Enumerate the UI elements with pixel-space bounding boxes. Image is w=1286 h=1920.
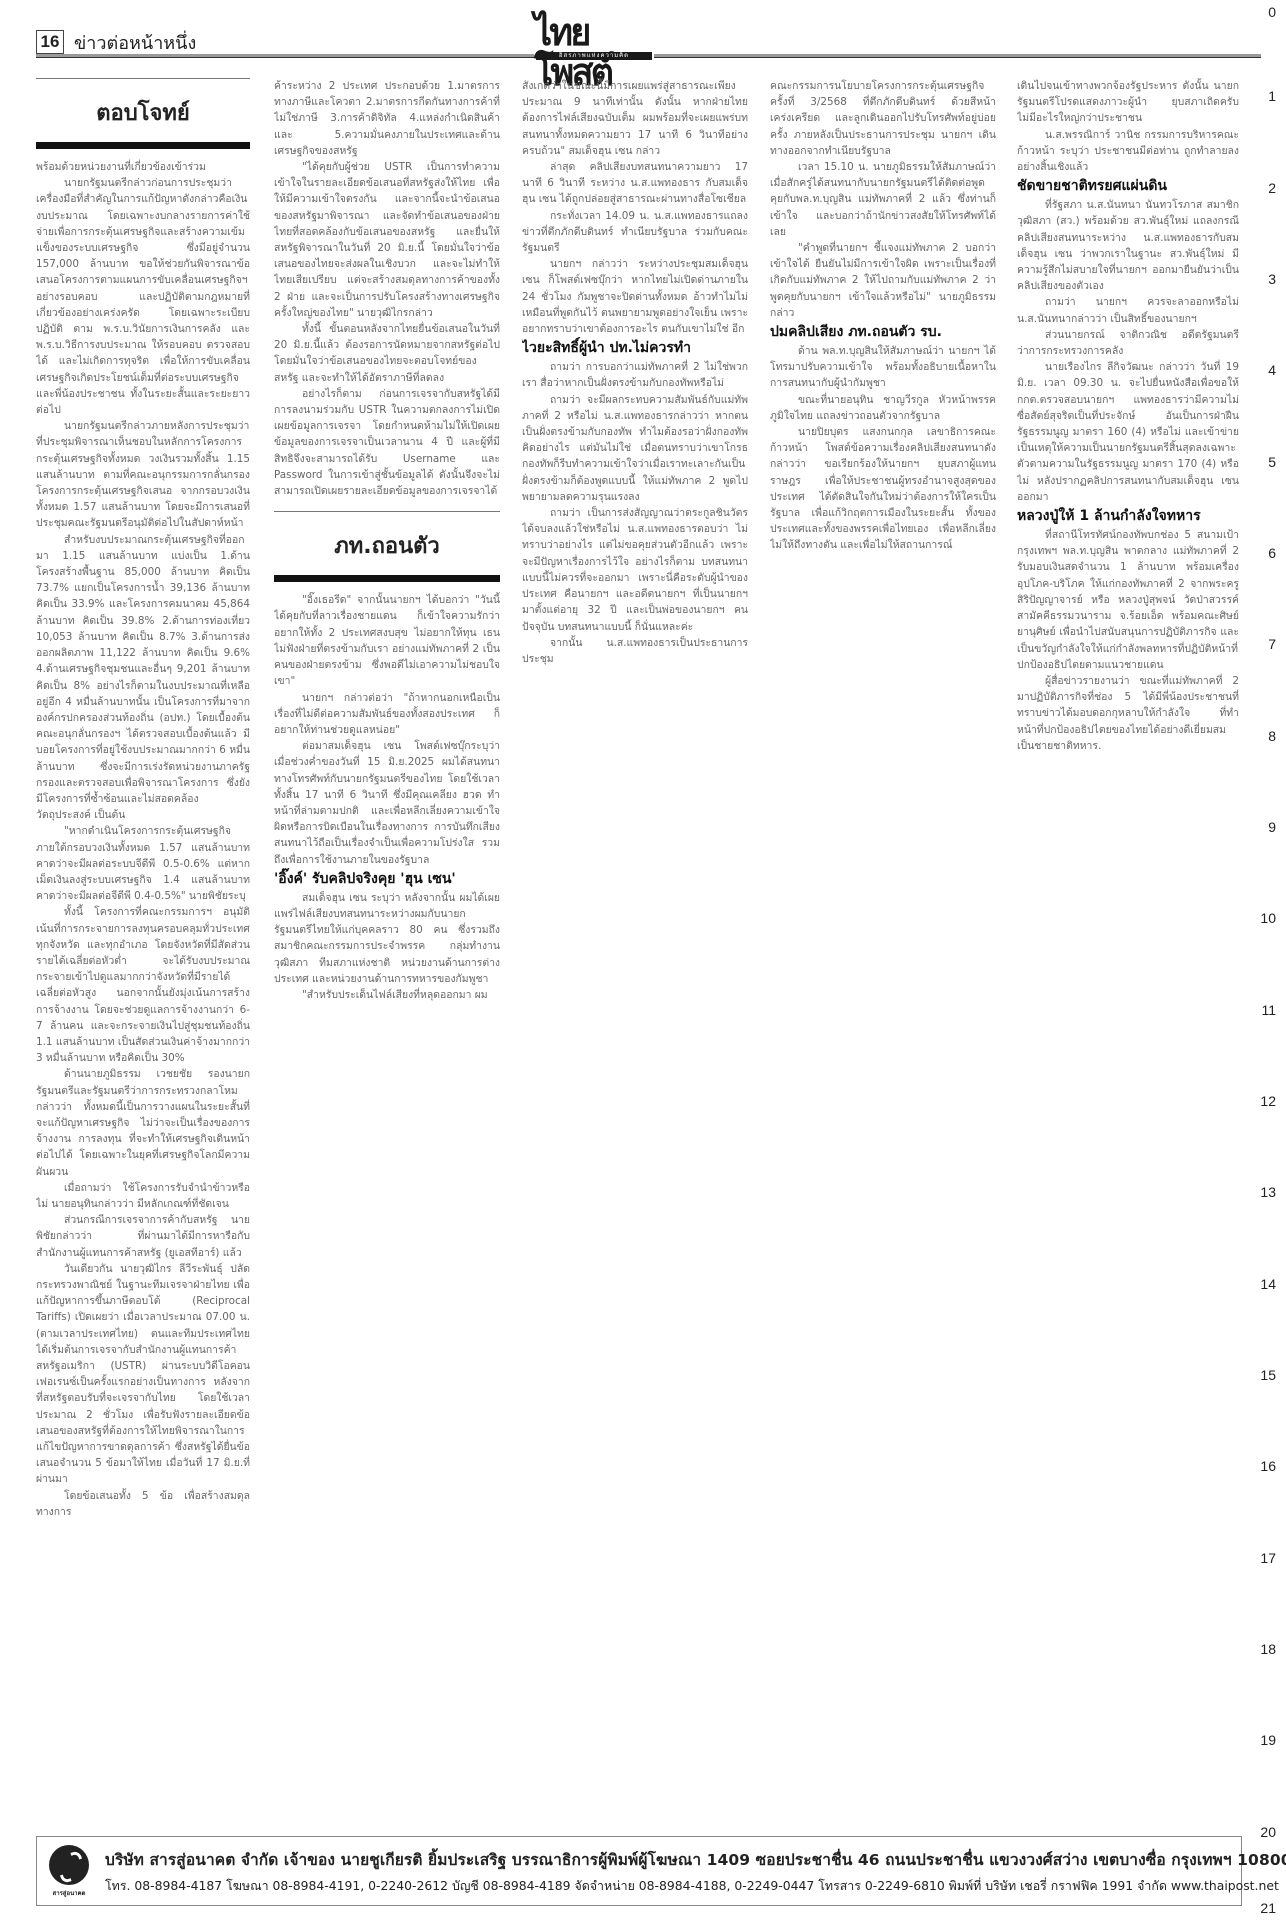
- paragraph: พร้อมด้วยหน่วยงานที่เกี่ยวข้องเข้าร่วม: [36, 159, 250, 175]
- paragraph: เมื่อถามว่า ใช้โครงการรับจำนำข้าวหรือไม่…: [36, 1180, 250, 1212]
- paragraph: ส่วนนายกรณ์ จาติกวณิช อดีตรัฐมนตรีว่าการ…: [1017, 327, 1239, 359]
- heading-bar: [274, 575, 500, 582]
- paragraph: เวลา 15.10 น. นายภูมิธรรมให้สัมภาษณ์ว่า …: [770, 159, 996, 240]
- paragraph: ล่าสุด คลิปเสียงบทสนทนาความยาว 17 นาที 6…: [522, 159, 748, 208]
- paragraph: เดินไปจนเข้าทางพวกจ้องรัฐประหาร ดังนั้น …: [1017, 78, 1239, 127]
- masthead-logo: ไทยโพสต์ อิสรภาพแห่งความคิด: [534, 12, 654, 60]
- paragraph: จากนั้น น.ส.แพทองธารเป็นประธานการประชุม: [522, 635, 748, 667]
- ruler-mark: 16: [1260, 1458, 1276, 1474]
- ruler-mark: 9: [1268, 819, 1276, 835]
- paragraph: ทั้งนี้ โครงการที่คณะกรรมการฯ อนุมัติเน้…: [36, 904, 250, 1066]
- publisher-logo-icon: [49, 1845, 89, 1885]
- paragraph: ขณะที่นายอนุทิน ชาญวีรกูล หัวหน้าพรรคภูม…: [770, 392, 996, 424]
- paragraph: โดยข้อเสนอทั้ง 5 ข้อ เพื่อสร้างสมดุลทางก…: [36, 1488, 250, 1520]
- publisher-imprint: สารสู่อนาคต บริษัท สารสู่อนาคต จำกัด เจ้…: [36, 1836, 1242, 1906]
- section-name: ข่าวต่อหน้าหนึ่ง: [74, 28, 196, 57]
- article-column-1: ตอบโจทย์ พร้อมด้วยหน่วยงานที่เกี่ยวข้องเ…: [36, 78, 250, 1813]
- paragraph: ด้าน พล.ท.บุญสินให้สัมภาษณ์ว่า นายกฯ ได้…: [770, 343, 996, 392]
- paragraph: กระทั่งเวลา 14.09 น. น.ส.แพทองธารแถลงข่า…: [522, 208, 748, 257]
- article-column-4: คณะกรรมการนโยบายโครงการกระตุ้นเศรษฐกิจ ค…: [770, 78, 996, 1813]
- paragraph: น.ส.พรรณิการ์ วานิช กรรมการบริหารคณะก้าว…: [1017, 127, 1239, 176]
- row-ruler: 0 1 2 3 4 5 6 7 8 9 10 11 12 13 14 15 16…: [1256, 0, 1286, 1920]
- paragraph: ผู้สื่อข่าวรายงานว่า ขณะที่แม่ทัพภาคที่ …: [1017, 673, 1239, 754]
- publisher-logo: สารสู่อนาคต: [45, 1845, 93, 1899]
- page-header: 16 ข่าวต่อหน้าหนึ่ง ไทยโพสต์ อิสรภาพแห่ง…: [36, 0, 1281, 60]
- paragraph: วันเดียวกัน นายวุฒิไกร ลีวีระพันธุ์ ปลัด…: [36, 1261, 250, 1488]
- subheading: ปมคลิปเสียง ภท.ถอนตัว รบ.: [770, 323, 996, 341]
- ruler-mark: 21: [1260, 1900, 1276, 1916]
- imprint-line-2: โทร. 08-8984-4187 โฆษณา 08-8984-4191, 0-…: [105, 1877, 1279, 1896]
- ruler-mark: 1: [1268, 88, 1276, 104]
- section-heading: ตอบโจทย์: [36, 85, 250, 142]
- imprint-line-1: บริษัท สารสู่อนาคต จำกัด เจ้าของ นายชูเก…: [105, 1847, 1286, 1872]
- ruler-mark: 5: [1268, 454, 1276, 470]
- paragraph: ถามว่า จะมีผลกระทบความสัมพันธ์กับแม่ทัพภ…: [522, 392, 748, 505]
- paragraph: ถามว่า เป็นการส่งสัญญาณว่าตระกูลชินวัตรไ…: [522, 505, 748, 635]
- paragraph: ค้าระหว่าง 2 ประเทศ ประกอบด้วย 1.มาตรการ…: [274, 78, 500, 159]
- section-heading-box: ตอบโจทย์: [36, 78, 250, 149]
- ruler-mark: 6: [1268, 545, 1276, 561]
- paragraph: ส่วนกรณีการเจรจาการค้ากับสหรัฐ นายพิชัยก…: [36, 1212, 250, 1261]
- ruler-mark: 2: [1268, 180, 1276, 196]
- paragraph: ที่รัฐสภา น.ส.นันทนา นันทวโรภาส สมาชิกวุ…: [1017, 197, 1239, 294]
- ruler-mark: 20: [1260, 1824, 1276, 1840]
- paragraph: ต่อมาสมเด็จฮุน เซน โพสต์เฟซบุ๊กระบุว่า เ…: [274, 738, 500, 868]
- paragraph: "หากดำเนินโครงการกระตุ้นเศรษฐกิจ ภายใต้ก…: [36, 823, 250, 904]
- subheading: หลวงปู่ให้ 1 ล้านกำลังใจทหาร: [1017, 507, 1239, 525]
- paragraph: สังเกตว่าในขณะนี้มีการเผยแพร่สู่สาธารณะเ…: [522, 78, 748, 159]
- page-number: 16: [36, 30, 64, 54]
- ruler-mark: 8: [1268, 728, 1276, 744]
- paragraph: ถามว่า การบอกว่าแม่ทัพภาคที่ 2 ไม่ใช่พวก…: [522, 359, 748, 391]
- publisher-logo-caption: สารสู่อนาคต: [45, 1888, 93, 1898]
- article-column-5: เดินไปจนเข้าทางพวกจ้องรัฐประหาร ดังนั้น …: [1017, 78, 1239, 1813]
- paragraph: "ได้คุยกับผู้ช่วย USTR เป็นการทำความเข้า…: [274, 159, 500, 321]
- paragraph: นายกฯ กล่าวต่อว่า "ถ้าหากนอกเหนือเป็นเรื…: [274, 690, 500, 739]
- ruler-mark: 18: [1260, 1641, 1276, 1657]
- article-column-3: สังเกตว่าในขณะนี้มีการเผยแพร่สู่สาธารณะเ…: [522, 78, 748, 1813]
- ruler-mark: 3: [1268, 271, 1276, 287]
- ruler-mark: 13: [1260, 1184, 1276, 1200]
- ruler-mark: 17: [1260, 1550, 1276, 1566]
- paragraph: อย่างไรก็ตาม ก่อนการเจรจากับสหรัฐได้มีกา…: [274, 386, 500, 499]
- paragraph: ด้านนายภูมิธรรม เวชยชัย รองนายกรัฐมนตรีแ…: [36, 1066, 250, 1179]
- ruler-mark: 14: [1260, 1276, 1276, 1292]
- subheading: 'อิ๊งค์' รับคลิปจริงคุย 'ฮุน เซน': [274, 870, 500, 888]
- paragraph: นายกฯ กล่าวว่า ระหว่างประชุมสมเด็จฮุน เซ…: [522, 256, 748, 337]
- article-column-2: ค้าระหว่าง 2 ประเทศ ประกอบด้วย 1.มาตรการ…: [274, 78, 500, 1813]
- heading-bar: [36, 142, 250, 149]
- section-heading-box: ภท.ถอนตัว: [274, 511, 500, 582]
- paragraph: "สำหรับประเด็นไฟล์เสียงที่หลุดออกมา ผม: [274, 987, 500, 1003]
- paragraph: นายปิยบุตร แสงกนกกุล เลขาธิการคณะก้าวหน้…: [770, 424, 996, 554]
- paragraph: นายกรัฐมนตรีกล่าวก่อนการประชุมว่า เครื่อ…: [36, 175, 250, 418]
- ruler-mark: 4: [1268, 362, 1276, 378]
- ruler-mark: 10: [1260, 910, 1276, 926]
- subheading: ไวยะสิทธิ์ผู้นำ ปท.ไม่ควรทำ: [522, 339, 748, 357]
- paragraph: ถามว่า นายกฯ ควรจะลาออกหรือไม่ น.ส.นันทน…: [1017, 294, 1239, 326]
- subheading: ชัดขายชาติทรยศแผ่นดิน: [1017, 177, 1239, 195]
- paragraph: นายเรืองไกร ลีกิจวัฒนะ กล่าวว่า วันที่ 1…: [1017, 359, 1239, 505]
- paragraph: "คำพูดที่นายกฯ ชี้แจงแม่ทัพภาค 2 บอกว่าเ…: [770, 240, 996, 321]
- paragraph: คณะกรรมการนโยบายโครงการกระตุ้นเศรษฐกิจ ค…: [770, 78, 996, 159]
- paragraph: ที่สถานีโทรทัศน์กองทัพบกช่อง 5 สนามเป้า …: [1017, 527, 1239, 673]
- paragraph: สำหรับงบประมาณกระตุ้นเศรษฐกิจที่ออกมา 1.…: [36, 532, 250, 824]
- ruler-mark: 0: [1268, 4, 1276, 20]
- paragraph: "อิ๊งเธอรีด" จากนั้นนายกฯ ได้บอกว่า "วัน…: [274, 592, 500, 689]
- paragraph: สมเด็จฮุน เซน ระบุว่า หลังจากนั้น ผมได้เ…: [274, 890, 500, 987]
- ruler-mark: 12: [1260, 1093, 1276, 1109]
- ruler-mark: 15: [1260, 1367, 1276, 1383]
- ruler-mark: 7: [1268, 636, 1276, 652]
- paragraph: นายกรัฐมนตรีกล่าวภายหลังการประชุมว่า ที่…: [36, 418, 250, 531]
- paragraph: ทั้งนี้ ขั้นตอนหลังจากไทยยื่นข้อเสนอในวั…: [274, 321, 500, 386]
- ruler-mark: 19: [1260, 1732, 1276, 1748]
- logo-tagline: อิสรภาพแห่งความคิด: [536, 52, 652, 60]
- ruler-mark: 11: [1261, 1002, 1276, 1018]
- section-heading: ภท.ถอนตัว: [274, 518, 500, 575]
